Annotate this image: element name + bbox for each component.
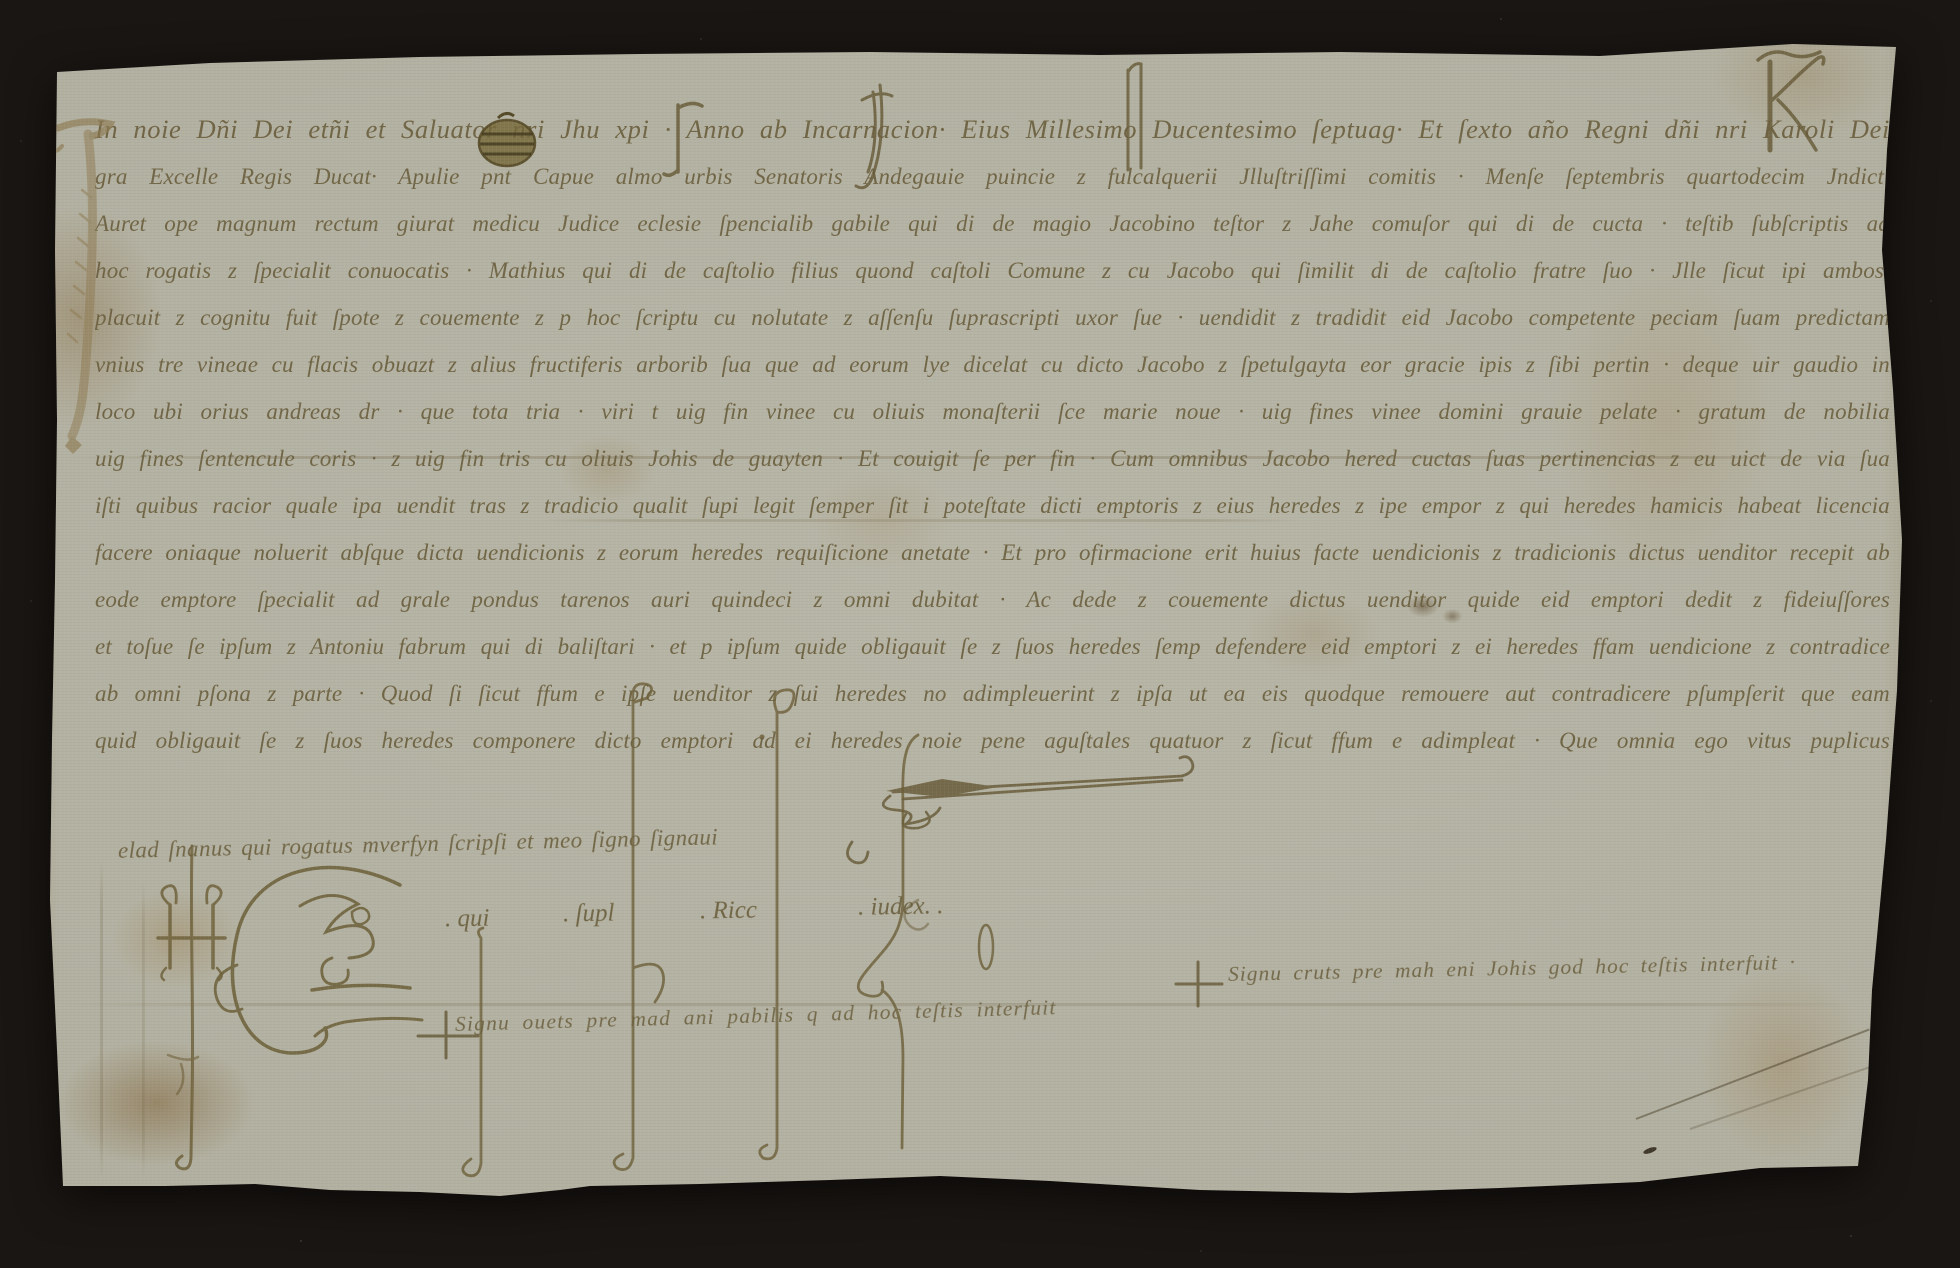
large-initial-e-icon xyxy=(215,868,422,1053)
charter-text-block: In noie Dñi Dei etñi et Saluator nri Jhu… xyxy=(95,106,1890,764)
charter-line: loco ubi orius andreas dr · que tota tri… xyxy=(95,388,1890,435)
ink-blemish xyxy=(1643,1146,1658,1155)
subscription-word: . ſupl xyxy=(563,900,615,929)
charter-line: et toſue ſe ipſum z Antoniu fabrum qui d… xyxy=(95,623,1890,670)
subscription-word: . Ricc xyxy=(700,897,757,926)
charter-line: quid obligauit ſe z ſuos heredes compone… xyxy=(95,717,1890,764)
subscription-word: . qui xyxy=(445,905,490,934)
charter-line: placuit z cognitu fuit ſpote z couemente… xyxy=(95,294,1890,341)
charter-line: ab omni pſona z parte · Quod ſi ſicut ff… xyxy=(95,670,1890,717)
photo-of-parchment-charter: { "document": { "kind": "medieval parchm… xyxy=(0,0,1960,1268)
parchment-sheet: In noie Dñi Dei etñi et Saluator nri Jhu… xyxy=(0,0,1960,1268)
charter-line: hoc rogatis z ſpecialit conuocatis · Mat… xyxy=(95,247,1890,294)
witness-attestation-line: Signu cruts pre mah eni Johis god hoc te… xyxy=(1228,949,1848,987)
charter-line: gra Excelle Regis Ducat· Apulie pnt Capu… xyxy=(95,153,1890,200)
vertical-fold-crease xyxy=(100,860,103,1180)
charter-line: eode emptore ſpecialit ad grale pondus t… xyxy=(95,576,1890,623)
subscription-word: . iudex. . xyxy=(858,892,944,921)
charter-line: In noie Dñi Dei etñi et Saluator nri Jhu… xyxy=(95,106,1890,153)
charter-line: Auret ope magnum rectum giurat medicu Ju… xyxy=(95,200,1890,247)
scribe-subscription-line: elad ſnanus qui rogatus mverfyn ſcripſi … xyxy=(118,824,719,864)
diagonal-crease xyxy=(1690,1066,1870,1130)
charter-line: uig fines ſentencule coris · z uig fin t… xyxy=(95,435,1890,482)
charter-line: facere oniaque noluerit abſque dicta uen… xyxy=(95,529,1890,576)
charter-line: iſti quibus racior quale ipa uendit tras… xyxy=(95,482,1890,529)
charter-line: vnius tre vineae cu flacis obuazt z aliu… xyxy=(95,341,1890,388)
vertical-fold-crease xyxy=(142,880,145,1180)
parchment-surface: In noie Dñi Dei etñi et Saluator nri Jhu… xyxy=(0,0,1960,1268)
notary-h-monogram-icon xyxy=(158,846,225,1169)
witness-attestation-line: Signu ouets pre mad ani pabilis q ad hoc… xyxy=(455,993,1145,1037)
